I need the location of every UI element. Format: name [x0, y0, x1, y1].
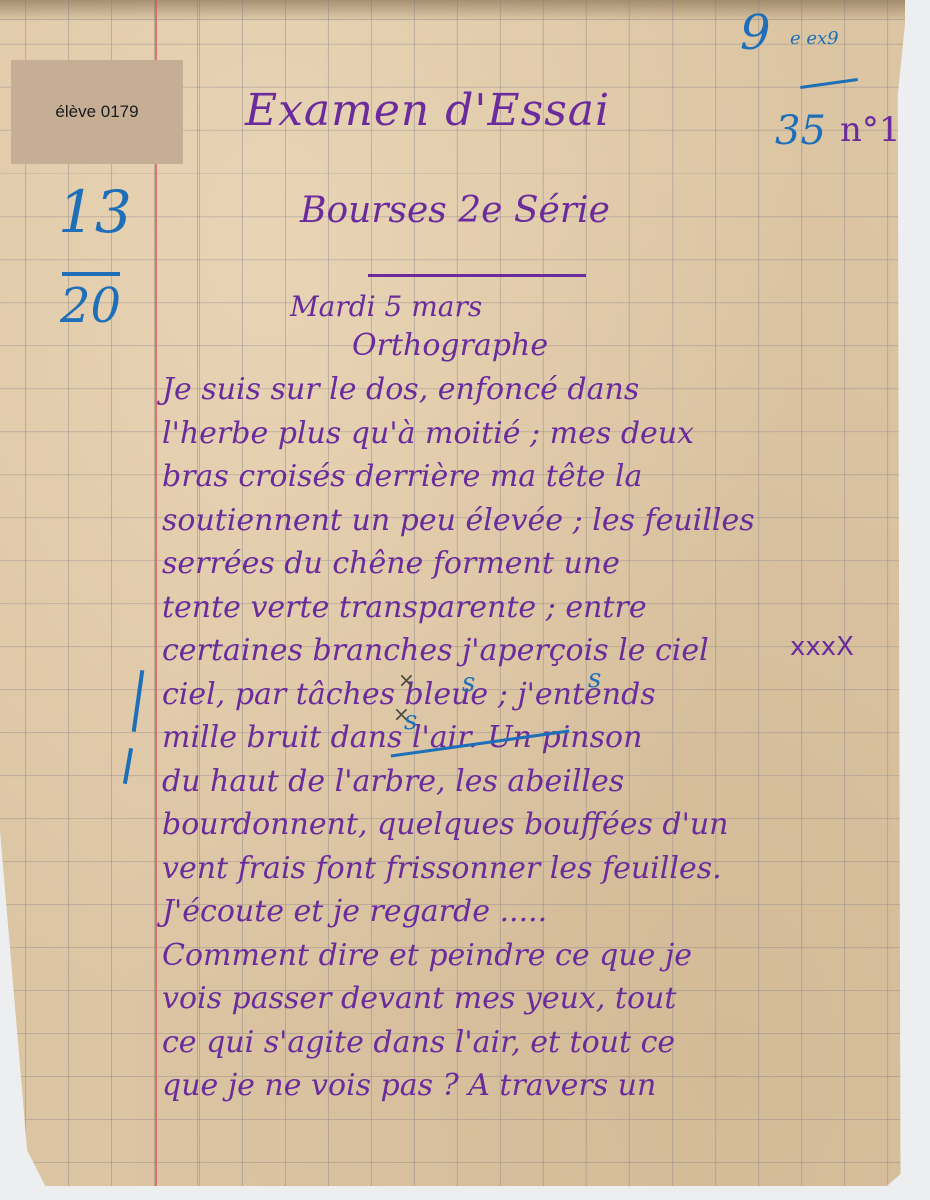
- text-line: serrées du chêne forment une: [162, 542, 892, 586]
- correction-bleue: s: [588, 664, 601, 694]
- text-line: certaines branches j'aperçois le ciel: [162, 629, 892, 673]
- exam-title: Examen d'Essai: [245, 85, 610, 136]
- text-line: J'écoute et je regarde .....: [162, 890, 892, 934]
- text-line: ce qui s'agite dans l'air, et tout ce: [162, 1021, 892, 1065]
- text-line: bourdonnent, quelques bouffées d'un: [162, 803, 892, 847]
- text-line: ciel, par tâches bleue ; j'entends: [162, 673, 892, 717]
- text-line: tente verte transparente ; entre: [162, 586, 892, 630]
- title-divider: [368, 274, 586, 277]
- correction-bleues: s: [462, 668, 475, 698]
- error-margin-mark: [122, 670, 127, 782]
- cross-mark-icon: ×: [398, 668, 415, 692]
- student-id-text: élève 0179: [55, 102, 138, 122]
- rank-denominator: 35: [775, 108, 826, 154]
- grade-out-of: 20: [60, 278, 121, 334]
- grade-fraction-bar: [62, 272, 120, 276]
- text-line: vent frais font frissonner les feuilles.: [162, 847, 892, 891]
- text-line: que je ne vois pas ? A travers un: [162, 1064, 892, 1108]
- exam-subject: Orthographe: [352, 328, 548, 363]
- text-line: soutiennent un peu élevée ; les feuilles: [162, 499, 892, 543]
- cross-mark-icon: ×: [393, 702, 410, 726]
- text-line: l'herbe plus qu'à moitié ; mes deux: [162, 412, 892, 456]
- exam-subtitle: Bourses 2e Série: [300, 190, 610, 231]
- sheet-number: n°1: [840, 110, 901, 150]
- text-line: vois passer devant mes yeux, tout: [162, 977, 892, 1021]
- text-line: Je suis sur le dos, enfoncé dans: [162, 368, 892, 412]
- rank-superscript: e ex9: [790, 28, 839, 49]
- rank-numerator: 9: [740, 5, 771, 61]
- strikethrough-mark: xxxX: [790, 632, 854, 662]
- text-line: du haut de l'arbre, les abeilles: [162, 760, 892, 804]
- student-id-label: élève 0179: [11, 60, 183, 164]
- exam-date: Mardi 5 mars: [290, 290, 482, 323]
- grade-score: 13: [58, 178, 132, 246]
- text-line: Comment dire et peindre ce que je: [162, 934, 892, 978]
- text-line: bras croisés derrière ma tête la: [162, 455, 892, 499]
- margin-line: [155, 0, 157, 1186]
